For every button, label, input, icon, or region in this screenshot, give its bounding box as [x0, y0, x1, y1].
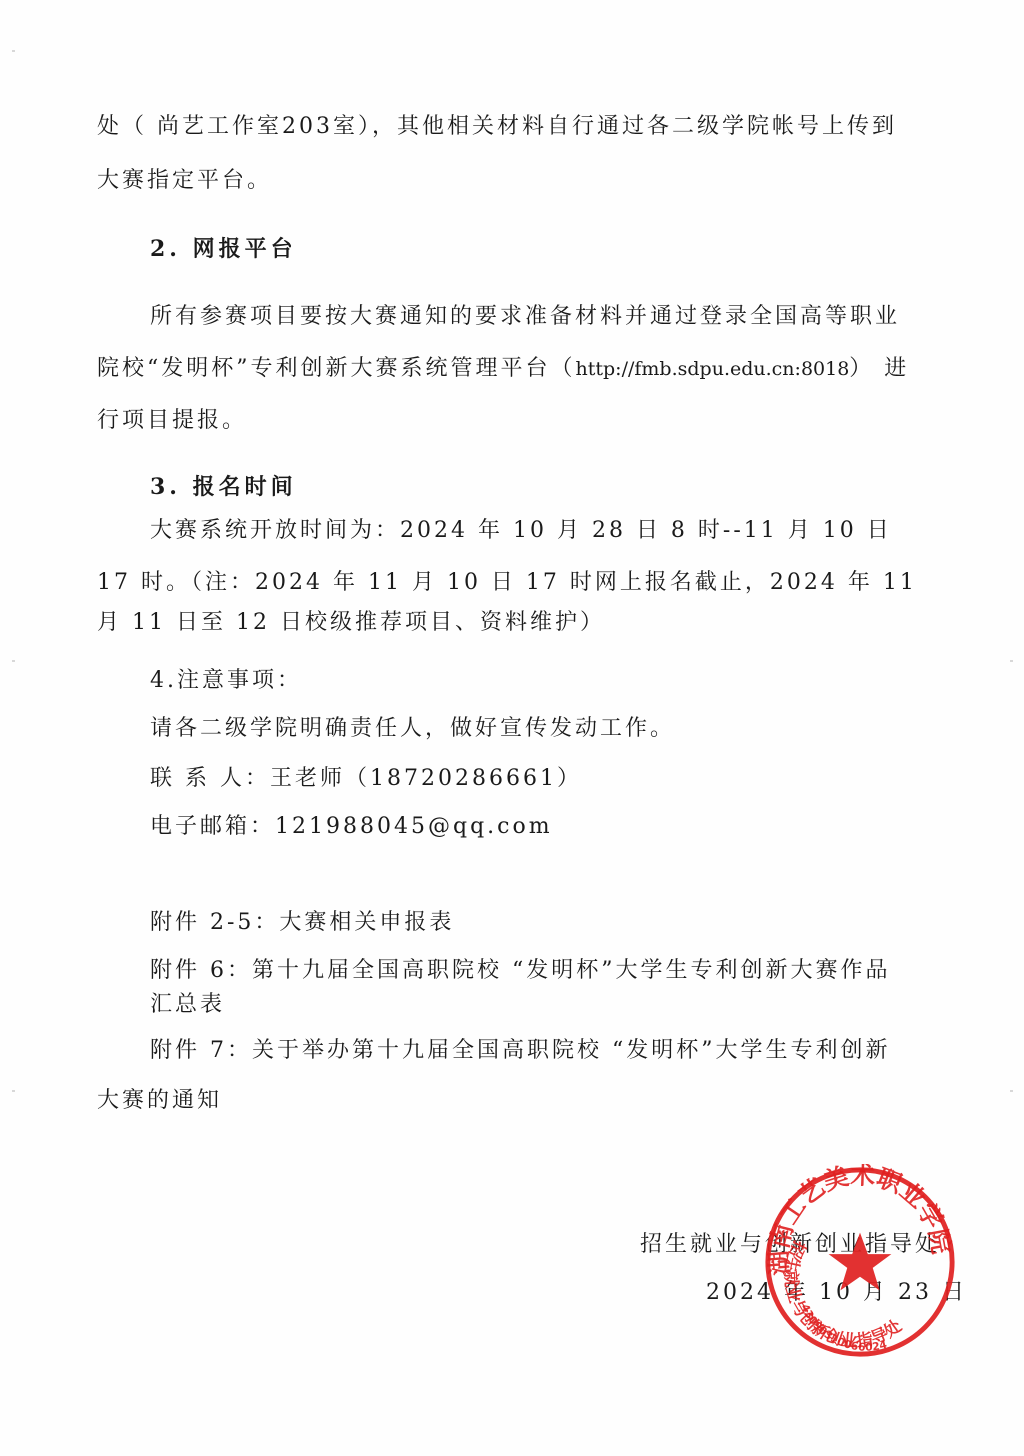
email-link[interactable]: 121988045@qq.com [275, 814, 553, 839]
paragraph-line: 处（ 尚艺工作室203室），其他相关材料自行通过各二级学院帐号上传到 [97, 112, 897, 142]
scan-speck [12, 50, 15, 52]
platform-url-link[interactable]: http://fmb.sdpu.edu.cn:8018 [576, 358, 850, 380]
email-line: 电子邮箱：121988045@qq.com [150, 812, 553, 842]
contact-line: 联 系 人：王老师（18720286661） [150, 764, 582, 794]
signature-date: 2024 年 10 月 23 日 [706, 1278, 967, 1308]
section-heading-notes: 4.注意事项： [150, 666, 302, 696]
attachment-item: 附件 2-5：大赛相关申报表 [150, 908, 454, 938]
stamp-serial-number: 43090310066024 [798, 1302, 888, 1354]
paragraph-line: 行项目提报。 [97, 406, 247, 436]
paragraph-line: 院校“发明杯”专利创新大赛系统管理平台（http://fmb.sdpu.edu.… [97, 354, 909, 384]
scan-speck [12, 1090, 15, 1092]
section-heading-platform: 2. 网报平台 [150, 234, 297, 264]
attachment-item-continued: 汇总表 [150, 990, 225, 1020]
contact-label: 联 系 人： [150, 766, 270, 791]
scan-speck [1010, 1090, 1013, 1092]
attachment-item-continued: 大赛的通知 [97, 1086, 222, 1116]
contact-value: 王老师（18720286661） [270, 766, 582, 791]
official-seal-stamp: 湖南工艺美术职业学院 招生就业与创新创业指导处 43090310066024 [762, 1164, 958, 1360]
paragraph-line: 大赛系统开放时间为：2024 年 10 月 28 日 8 时--11 月 10 … [150, 516, 892, 546]
scan-speck [12, 660, 15, 662]
paragraph-line: 所有参赛项目要按大赛通知的要求准备材料并通过登录全国高等职业 [150, 302, 900, 332]
paragraph-line: 请各二级学院明确责任人，做好宣传发动工作。 [150, 714, 675, 744]
section-heading-registration-time: 3. 报名时间 [150, 472, 297, 502]
email-label: 电子邮箱： [150, 814, 275, 839]
scan-speck [1010, 660, 1013, 662]
attachment-item: 附件 6：第十九届全国高职院校 “发明杯”大学生专利创新大赛作品 [150, 956, 890, 986]
attachment-item: 附件 7：关于举办第十九届全国高职院校 “发明杯”大学生专利创新 [150, 1036, 890, 1066]
paragraph-line: 大赛指定平台。 [97, 166, 272, 196]
stamp-ring [768, 1170, 952, 1354]
paragraph-text: 院校“发明杯”专利创新大赛系统管理平台（ [97, 356, 576, 381]
paragraph-line: 月 11 日至 12 日校级推荐项目、资料维护） [97, 608, 605, 638]
signature-department: 招生就业与创新创业指导处 [640, 1230, 940, 1260]
paragraph-text: ） 进 [849, 356, 909, 381]
document-page: 处（ 尚艺工作室203室），其他相关材料自行通过各二级学院帐号上传到 大赛指定平… [0, 0, 1024, 1456]
paragraph-line: 17 时。（注：2024 年 11 月 10 日 17 时网上报名截止，2024… [97, 568, 917, 598]
